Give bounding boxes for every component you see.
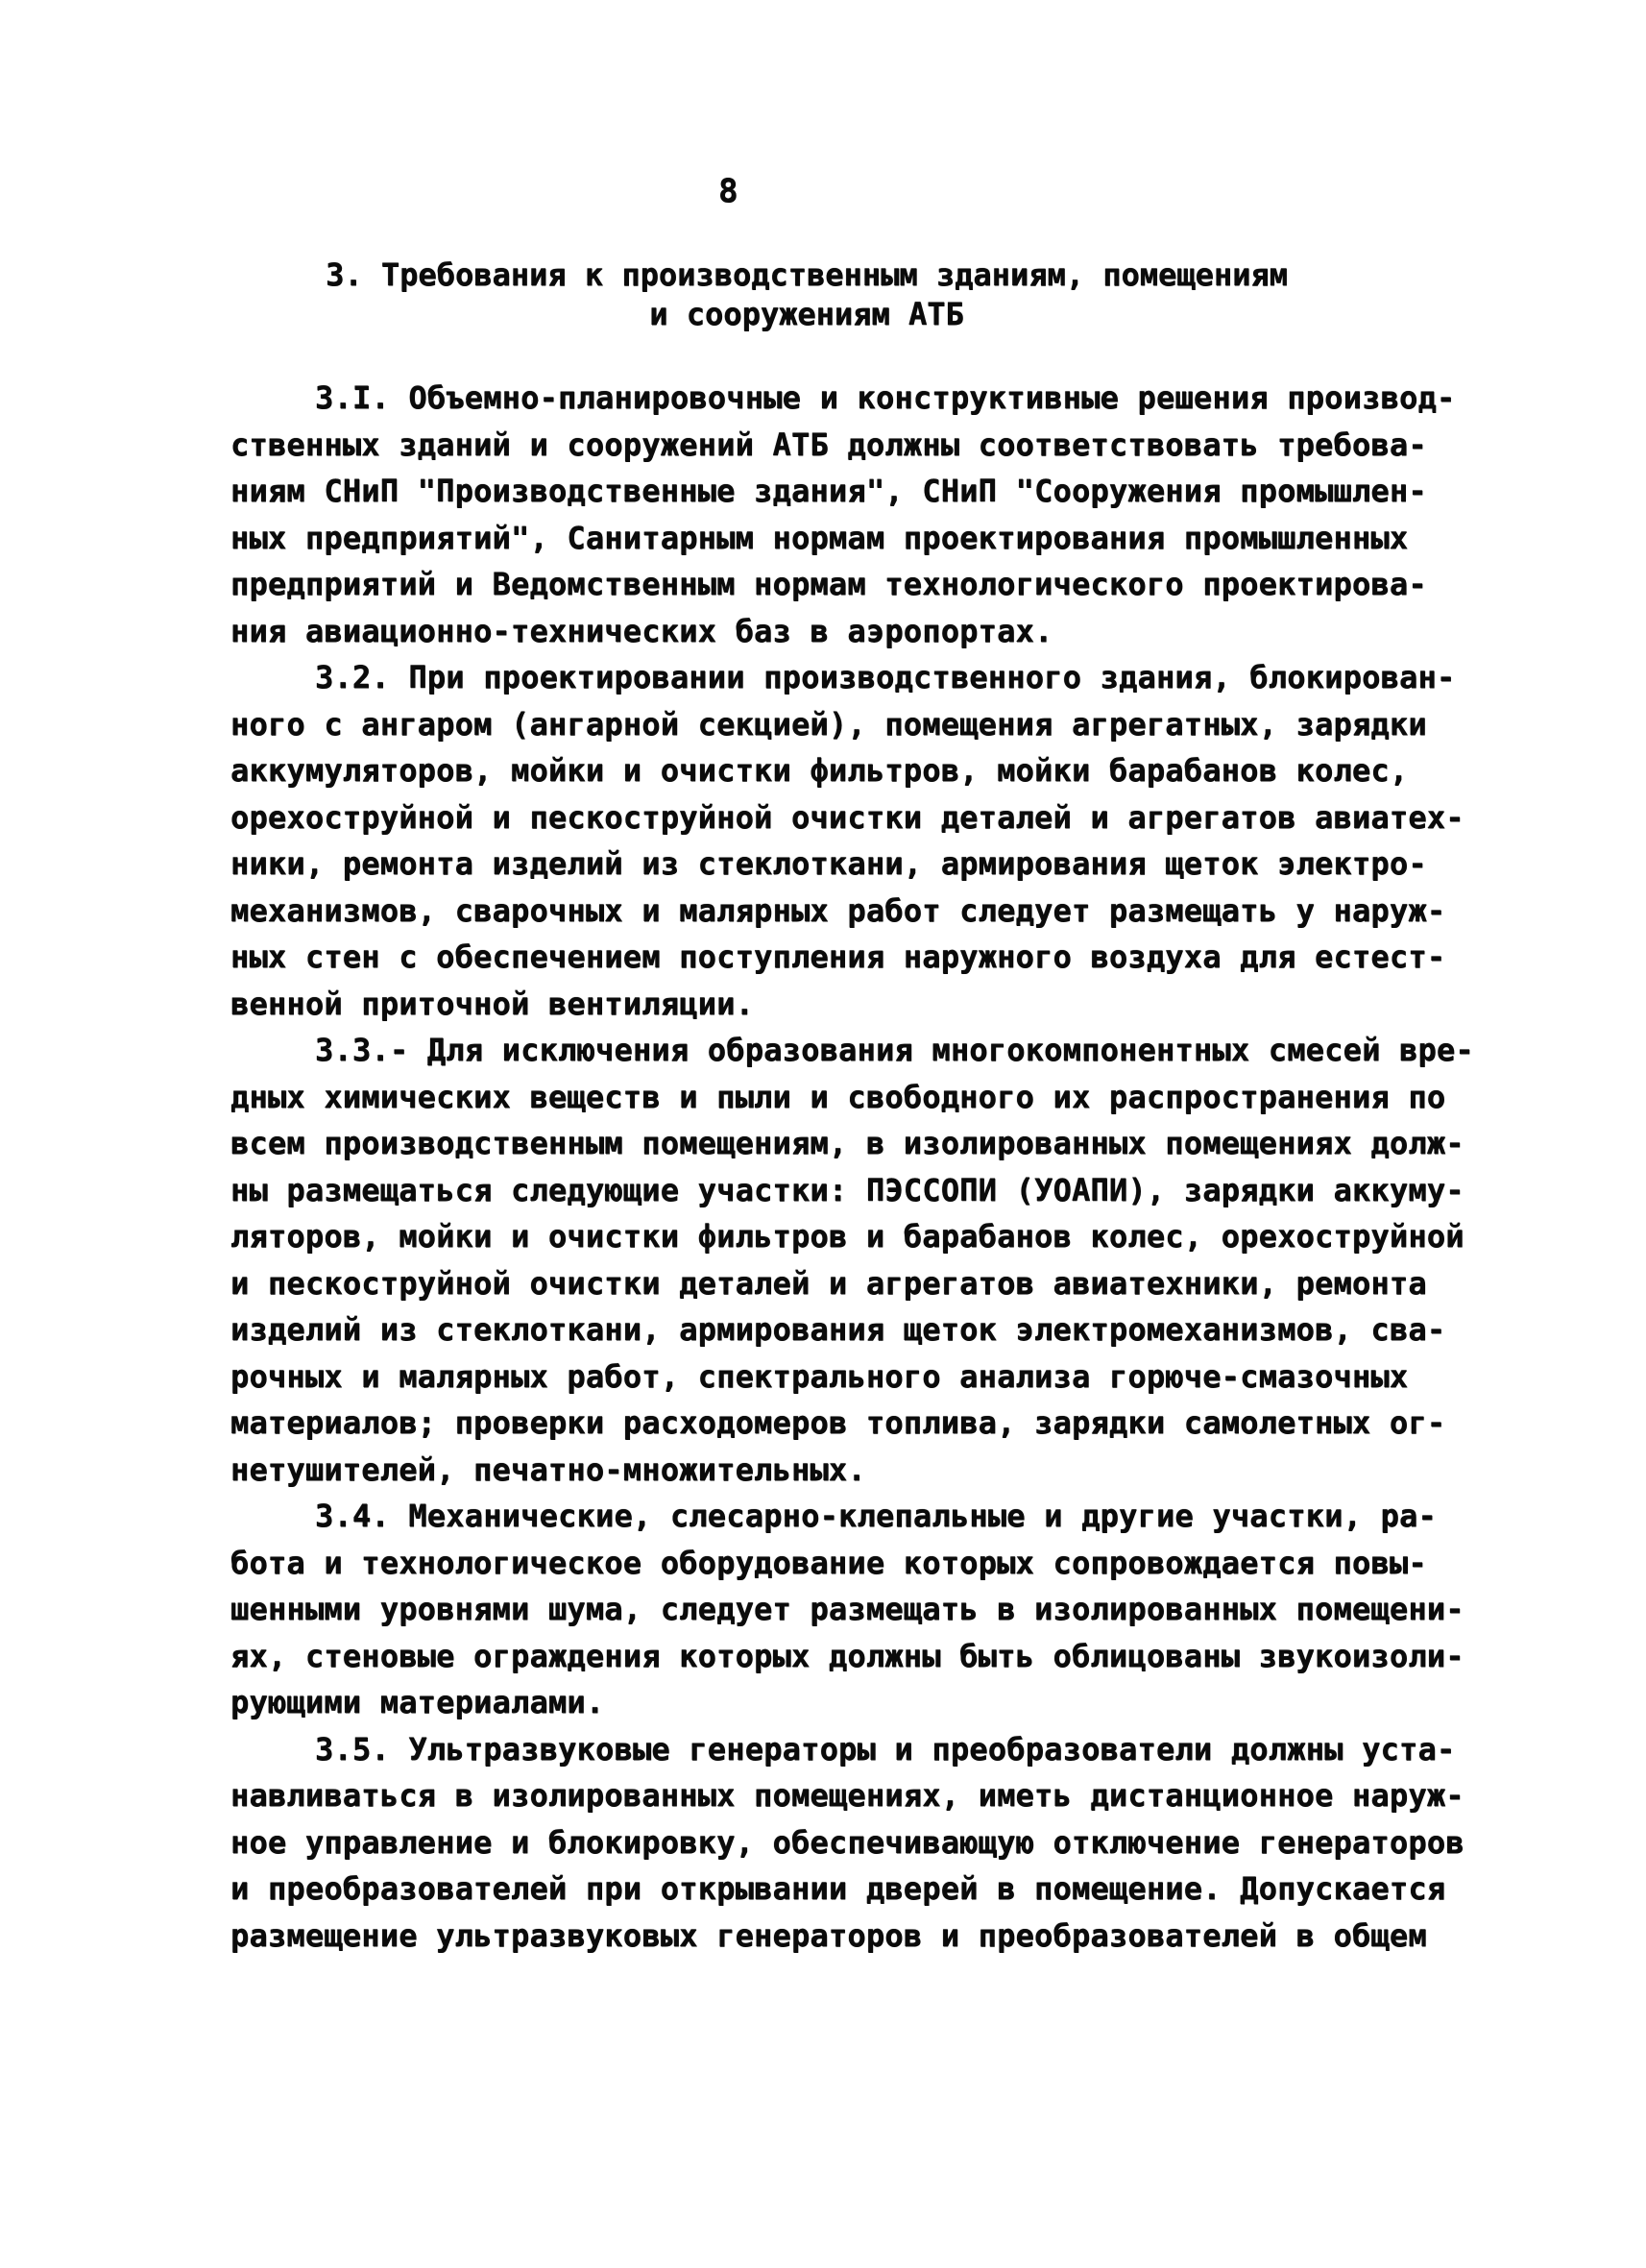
document-body: 3.I. Объемно-планировочные и конструктив…: [230, 375, 1517, 1959]
text-line: размещение ультразвуковых генераторов и …: [230, 1913, 1517, 1960]
text-line: ных предприятий", Санитарным нормам прое…: [230, 515, 1517, 562]
text-line: ны размещаться следующие участки: ПЭССОП…: [230, 1167, 1517, 1214]
section-heading: 3. Требования к производственным зданиям…: [187, 256, 1426, 334]
text-line: орехоструйной и пескоструйной очистки де…: [230, 794, 1517, 841]
text-line: ное управление и блокировку, обеспечиваю…: [230, 1819, 1517, 1866]
text-line: всем производственным помещениям, в изол…: [230, 1120, 1517, 1167]
paragraph-3-5: 3.5. Ультразвуковые генераторы и преобра…: [230, 1726, 1517, 1960]
text-line: механизмов, сварочных и малярных работ с…: [230, 888, 1517, 935]
text-line: 3.4. Механические, слесарно-клепальные и…: [230, 1493, 1517, 1540]
text-line: аккумуляторов, мойки и очистки фильтров,…: [230, 747, 1517, 794]
text-line: рочных и малярных работ, спектрального а…: [230, 1353, 1517, 1401]
text-line: 3.I. Объемно-планировочные и конструктив…: [230, 375, 1517, 422]
text-line: ях, стеновые ограждения которых должны б…: [230, 1633, 1517, 1680]
text-line: ники, ремонта изделий из стеклоткани, ар…: [230, 841, 1517, 888]
paragraph-3-1: 3.I. Объемно-планировочные и конструктив…: [230, 375, 1517, 654]
text-line: нетушителей, печатно-множительных.: [230, 1447, 1517, 1494]
text-line: ного с ангаром (ангарной секцией), помещ…: [230, 701, 1517, 748]
text-line: ния авиационно-технических баз в аэропор…: [230, 608, 1517, 655]
page-number: 8: [718, 173, 738, 209]
text-line: 3.2. При проектировании производственног…: [230, 654, 1517, 701]
text-line: ственных зданий и сооружений АТБ должны …: [230, 422, 1517, 469]
text-line: шенными уровнями шума, следует размещать…: [230, 1586, 1517, 1633]
paragraph-3-3: 3.3.- Для исключения образования многоко…: [230, 1027, 1517, 1493]
text-line: изделий из стеклоткани, армирования щето…: [230, 1306, 1517, 1353]
document-page: 8 3. Требования к производственным здани…: [0, 0, 1646, 2268]
text-line: ниям СНиП "Производственные здания", СНи…: [230, 468, 1517, 515]
text-line: ляторов, мойки и очистки фильтров и бара…: [230, 1213, 1517, 1260]
text-line: и преобразователей при открывании дверей…: [230, 1866, 1517, 1913]
paragraph-3-2: 3.2. При проектировании производственног…: [230, 654, 1517, 1027]
paragraph-3-4: 3.4. Механические, слесарно-клепальные и…: [230, 1493, 1517, 1726]
text-line: бота и технологическое оборудование кото…: [230, 1540, 1517, 1587]
text-line: 3.3.- Для исключения образования многоко…: [230, 1027, 1517, 1074]
text-line: венной приточной вентиляции.: [230, 981, 1517, 1028]
text-line: дных химических веществ и пыли и свободн…: [230, 1074, 1517, 1121]
text-line: навливаться в изолированных помещениях, …: [230, 1772, 1517, 1819]
text-line: рующими материалами.: [230, 1679, 1517, 1726]
section-heading-line1: 3. Требования к производственным зданиям…: [187, 256, 1426, 295]
section-heading-line2: и сооружениям АТБ: [187, 295, 1426, 334]
text-line: материалов; проверки расходомеров топлив…: [230, 1400, 1517, 1447]
text-line: ных стен с обеспечением поступления нару…: [230, 934, 1517, 981]
text-line: 3.5. Ультразвуковые генераторы и преобра…: [230, 1726, 1517, 1773]
text-line: и пескоструйной очистки деталей и агрега…: [230, 1260, 1517, 1307]
text-line: предприятий и Ведомственным нормам техно…: [230, 561, 1517, 608]
